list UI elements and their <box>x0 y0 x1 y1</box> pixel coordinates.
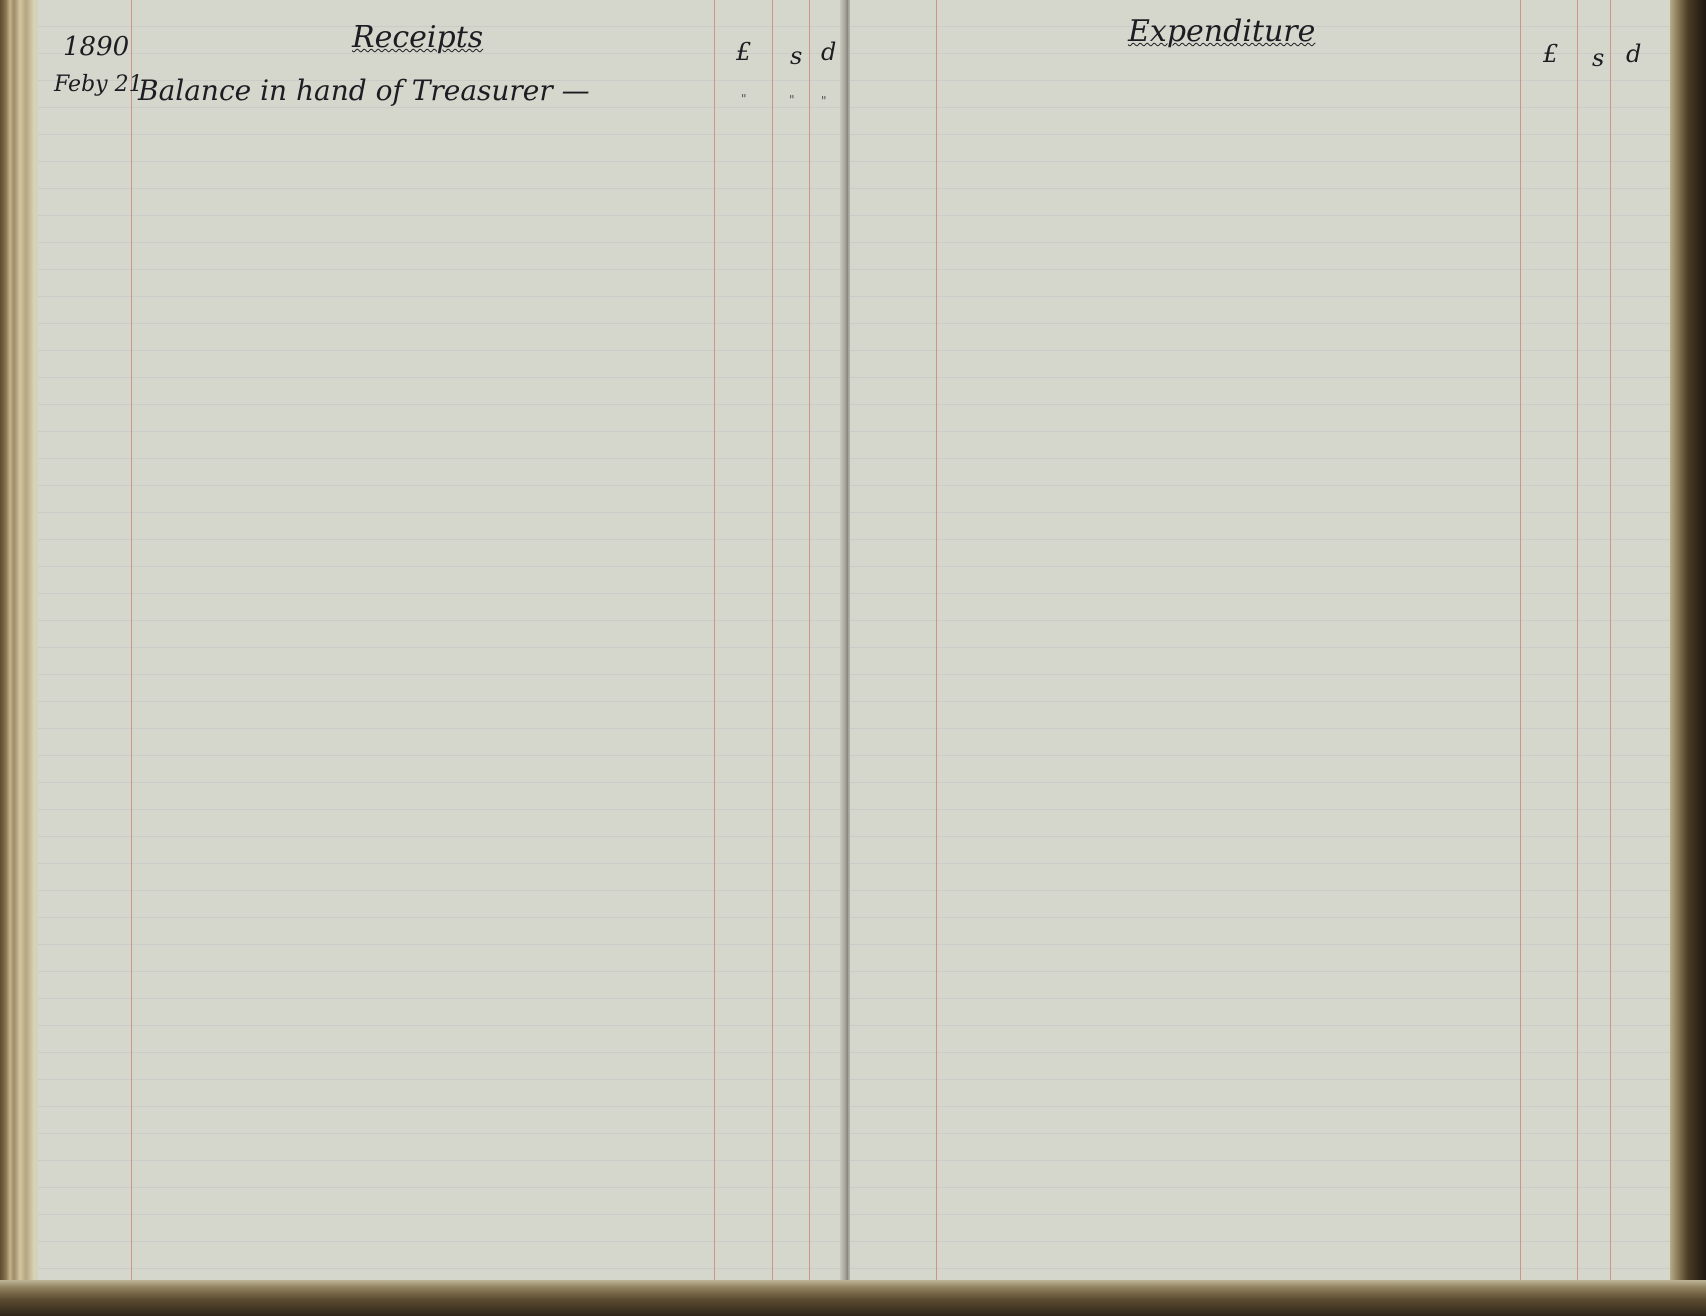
page-stack-edge-bottom <box>0 1280 1706 1316</box>
entry-description: Balance in hand of Treasurer — <box>138 74 590 107</box>
pence-column-header: d <box>821 38 836 66</box>
shillings-column-header: s <box>790 42 802 70</box>
entry-shillings: " <box>789 93 795 107</box>
receipts-heading: Receipts <box>352 20 483 55</box>
pence-column-rule <box>809 0 810 1285</box>
receipts-page: Receipts £ s d 1890 Feby 21 Balance in h… <box>38 0 846 1285</box>
pounds-column-rule <box>1520 0 1521 1285</box>
expenditure-heading: Expenditure <box>1128 14 1315 49</box>
entry-date: Feby 21 <box>54 72 143 97</box>
expenditure-page: Expenditure £ s d <box>850 0 1675 1285</box>
entry-pounds: " <box>741 92 747 106</box>
pence-column-rule <box>1610 0 1611 1285</box>
ledger-book: Receipts £ s d 1890 Feby 21 Balance in h… <box>0 0 1706 1316</box>
date-margin-rule <box>936 0 937 1285</box>
pence-column-header: d <box>1626 40 1641 68</box>
shillings-column-rule <box>1577 0 1578 1285</box>
shillings-column-rule <box>772 0 773 1285</box>
date-margin-rule <box>131 0 132 1285</box>
pounds-column-header: £ <box>736 38 751 66</box>
page-stack-edge-right <box>1670 0 1706 1290</box>
pounds-column-rule <box>714 0 715 1285</box>
entry-pence: " <box>821 94 827 108</box>
shillings-column-header: s <box>1592 44 1604 72</box>
pounds-column-header: £ <box>1543 40 1558 68</box>
entry-year: 1890 <box>63 32 129 62</box>
